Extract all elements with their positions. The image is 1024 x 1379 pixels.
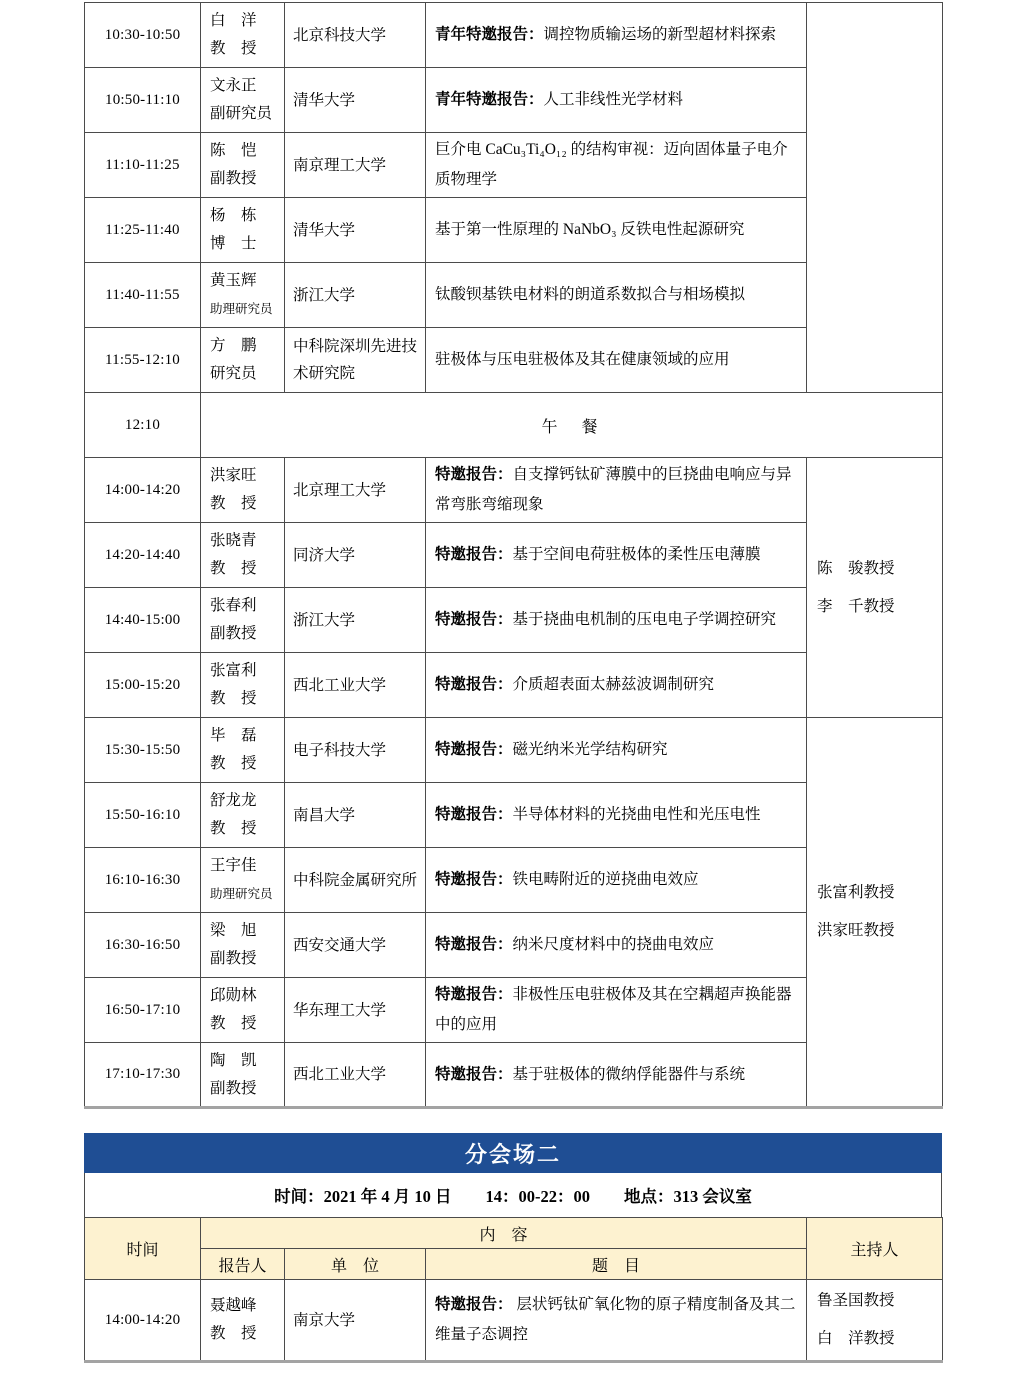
chair-name: 白 洋教授 bbox=[817, 1320, 936, 1358]
chair-cell-morning bbox=[807, 3, 943, 393]
speaker-rank: 教 授 bbox=[210, 750, 278, 778]
talk-title: 纳米尺度材料中的挠曲电效应 bbox=[513, 936, 715, 953]
talk-prefix: 特邀报告： bbox=[435, 936, 513, 953]
speaker-name: 聂越峰 bbox=[210, 1297, 257, 1314]
speaker-cell: 张春利副教授 bbox=[201, 588, 285, 653]
time-cell: 15:50-16:10 bbox=[85, 783, 201, 848]
talk-cell: 钛酸钡基铁电材料的朗道系数拟合与相场模拟 bbox=[426, 263, 807, 328]
affiliation-cell: 同济大学 bbox=[285, 523, 426, 588]
talk-title: 介质超表面太赫兹波调制研究 bbox=[513, 676, 715, 693]
header-content: 内 容 bbox=[201, 1218, 807, 1249]
lunch-row: 12:10 午 餐 bbox=[85, 393, 943, 458]
speaker-name: 舒龙龙 bbox=[210, 792, 257, 809]
speaker-rank: 助理研究员 bbox=[210, 295, 278, 323]
chair-name: 鲁圣国教授 bbox=[817, 1282, 936, 1320]
talk-prefix: 特邀报告： bbox=[435, 871, 513, 888]
session2-hours: 14：00-22：00 bbox=[486, 1183, 591, 1207]
talk-cell: 驻极体与压电驻极体及其在健康领域的应用 bbox=[426, 328, 807, 393]
talk-title: 钛酸钡基铁电材料的朗道系数拟合与相场模拟 bbox=[435, 286, 745, 303]
speaker-cell: 杨 栋博 士 bbox=[201, 198, 285, 263]
talk-cell: 特邀报告： 层状钙钛矿氧化物的原子精度制备及其二维量子态调控 bbox=[426, 1280, 807, 1362]
speaker-rank: 研究员 bbox=[210, 360, 278, 388]
speaker-rank: 副教授 bbox=[210, 945, 278, 973]
affiliation-cell: 北京科技大学 bbox=[285, 3, 426, 68]
chair-name: 李 千教授 bbox=[817, 588, 936, 626]
time-cell: 14:00-14:20 bbox=[85, 1280, 201, 1362]
chair-cell-afternoon1: 陈 骏教授 李 千教授 bbox=[807, 458, 943, 718]
speaker-cell: 毕 磊教 授 bbox=[201, 718, 285, 783]
talk-cell: 特邀报告：基于挠曲电机制的压电电子学调控研究 bbox=[426, 588, 807, 653]
time-cell: 11:25-11:40 bbox=[85, 198, 201, 263]
talk-title: 调控物质输运场的新型超材料探索 bbox=[544, 26, 777, 43]
speaker-cell: 张富利教 授 bbox=[201, 653, 285, 718]
affiliation-cell: 浙江大学 bbox=[285, 588, 426, 653]
speaker-cell: 白 洋教 授 bbox=[201, 3, 285, 68]
speaker-rank: 教 授 bbox=[210, 685, 278, 713]
affiliation-cell: 电子科技大学 bbox=[285, 718, 426, 783]
talk-cell: 青年特邀报告：调控物质输运场的新型超材料探索 bbox=[426, 3, 807, 68]
talk-cell: 巨介电 CaCu₃Ti₄O₁₂ 的结构审视：迈向固体量子电介质物理学 bbox=[426, 133, 807, 198]
table-row: 15:30-15:50 毕 磊教 授 电子科技大学 特邀报告：磁光纳米光学结构研… bbox=[85, 718, 943, 783]
talk-title: 铁电畴附近的逆挠曲电效应 bbox=[513, 871, 699, 888]
speaker-cell: 舒龙龙教 授 bbox=[201, 783, 285, 848]
header-time: 时间 bbox=[85, 1218, 201, 1280]
session1-table: 10:30-10:50 白 洋教 授 北京科技大学 青年特邀报告：调控物质输运场… bbox=[84, 2, 943, 1109]
affiliation-cell: 清华大学 bbox=[285, 68, 426, 133]
speaker-cell: 陈 恺副教授 bbox=[201, 133, 285, 198]
schedule-page: 10:30-10:50 白 洋教 授 北京科技大学 青年特邀报告：调控物质输运场… bbox=[0, 0, 1024, 1363]
talk-title: 基于挠曲电机制的压电电子学调控研究 bbox=[513, 611, 777, 628]
speaker-cell: 陶 凯副教授 bbox=[201, 1043, 285, 1108]
time-cell: 15:30-15:50 bbox=[85, 718, 201, 783]
speaker-cell: 张晓青教 授 bbox=[201, 523, 285, 588]
talk-cell: 特邀报告：半导体材料的光挠曲电性和光压电性 bbox=[426, 783, 807, 848]
talk-prefix: 青年特邀报告： bbox=[435, 91, 544, 108]
time-cell: 17:10-17:30 bbox=[85, 1043, 201, 1108]
speaker-name: 毕 磊 bbox=[210, 727, 257, 744]
talk-cell: 特邀报告：铁电畴附近的逆挠曲电效应 bbox=[426, 848, 807, 913]
speaker-name: 白 洋 bbox=[210, 12, 257, 29]
affiliation-cell: 清华大学 bbox=[285, 198, 426, 263]
speaker-cell: 邱勋林教 授 bbox=[201, 978, 285, 1043]
time-cell: 16:30-16:50 bbox=[85, 913, 201, 978]
chair-name: 洪家旺教授 bbox=[817, 912, 936, 950]
speaker-rank: 教 授 bbox=[210, 35, 278, 63]
speaker-rank: 博 士 bbox=[210, 230, 278, 258]
talk-title: 驻极体与压电驻极体及其在健康领域的应用 bbox=[435, 351, 730, 368]
talk-title: 基于驻极体的微纳俘能器件与系统 bbox=[513, 1066, 746, 1083]
speaker-cell: 王宇佳助理研究员 bbox=[201, 848, 285, 913]
time-cell: 14:40-15:00 bbox=[85, 588, 201, 653]
time-cell: 14:20-14:40 bbox=[85, 523, 201, 588]
affiliation-cell: 华东理工大学 bbox=[285, 978, 426, 1043]
affiliation-cell: 西北工业大学 bbox=[285, 653, 426, 718]
speaker-name: 张晓青 bbox=[210, 532, 257, 549]
talk-cell: 特邀报告：自支撑钙钛矿薄膜中的巨挠曲电响应与异常弯胀弯缩现象 bbox=[426, 458, 807, 523]
speaker-cell: 文永正副研究员 bbox=[201, 68, 285, 133]
header-speaker: 报告人 bbox=[201, 1249, 285, 1280]
talk-cell: 特邀报告：介质超表面太赫兹波调制研究 bbox=[426, 653, 807, 718]
time-cell: 16:50-17:10 bbox=[85, 978, 201, 1043]
speaker-name: 邱勋林 bbox=[210, 987, 257, 1004]
affiliation-cell: 浙江大学 bbox=[285, 263, 426, 328]
header-title: 题 目 bbox=[426, 1249, 807, 1280]
table-row: 14:00-14:20 洪家旺教 授 北京理工大学 特邀报告：自支撑钙钛矿薄膜中… bbox=[85, 458, 943, 523]
talk-cell: 青年特邀报告：人工非线性光学材料 bbox=[426, 68, 807, 133]
speaker-rank: 副教授 bbox=[210, 620, 278, 648]
talk-cell: 特邀报告：纳米尺度材料中的挠曲电效应 bbox=[426, 913, 807, 978]
time-cell: 11:40-11:55 bbox=[85, 263, 201, 328]
speaker-cell: 方 鹏研究员 bbox=[201, 328, 285, 393]
talk-prefix: 特邀报告： bbox=[435, 1296, 513, 1313]
talk-title: 人工非线性光学材料 bbox=[544, 91, 684, 108]
talk-title: 磁光纳米光学结构研究 bbox=[513, 741, 668, 758]
talk-cell: 特邀报告：磁光纳米光学结构研究 bbox=[426, 718, 807, 783]
time-cell: 15:00-15:20 bbox=[85, 653, 201, 718]
speaker-rank: 副教授 bbox=[210, 1075, 278, 1103]
speaker-name: 洪家旺 bbox=[210, 467, 257, 484]
speaker-name: 陈 恺 bbox=[210, 142, 257, 159]
talk-title: 半导体材料的光挠曲电性和光压电性 bbox=[513, 806, 761, 823]
header-chair: 主持人 bbox=[807, 1218, 943, 1280]
chair-cell: 鲁圣国教授 白 洋教授 bbox=[807, 1280, 943, 1362]
lunch-cell: 午 餐 bbox=[201, 393, 943, 458]
speaker-cell: 梁 旭副教授 bbox=[201, 913, 285, 978]
speaker-rank: 教 授 bbox=[210, 490, 278, 518]
affiliation-cell: 西安交通大学 bbox=[285, 913, 426, 978]
time-cell: 10:50-11:10 bbox=[85, 68, 201, 133]
time-cell: 16:10-16:30 bbox=[85, 848, 201, 913]
speaker-name: 张富利 bbox=[210, 662, 257, 679]
speaker-name: 梁 旭 bbox=[210, 922, 257, 939]
session2-table: 时间 内 容 主持人 报告人 单 位 题 目 14:00-14:20 聂越峰教 … bbox=[84, 1217, 943, 1363]
talk-cell: 特邀报告：基于空间电荷驻极体的柔性压电薄膜 bbox=[426, 523, 807, 588]
speaker-rank: 教 授 bbox=[210, 555, 278, 583]
time-cell: 10:30-10:50 bbox=[85, 3, 201, 68]
affiliation-cell: 南昌大学 bbox=[285, 783, 426, 848]
affiliation-cell: 中科院金属研究所 bbox=[285, 848, 426, 913]
speaker-cell: 洪家旺教 授 bbox=[201, 458, 285, 523]
chair-name: 陈 骏教授 bbox=[817, 550, 936, 588]
session2-banner: 分会场二 bbox=[84, 1133, 942, 1173]
talk-prefix: 青年特邀报告： bbox=[435, 26, 544, 43]
talk-title: 基于空间电荷驻极体的柔性压电薄膜 bbox=[513, 546, 761, 563]
talk-title: 基于第一性原理的 NaNbO₃ 反铁电性起源研究 bbox=[435, 221, 744, 238]
session2-info-row: 时间：2021 年 4 月 10 日 14：00-22：00 地点：313 会议… bbox=[84, 1173, 942, 1218]
speaker-name: 陶 凯 bbox=[210, 1052, 257, 1069]
session2-date: 时间：2021 年 4 月 10 日 bbox=[274, 1183, 451, 1207]
speaker-rank: 教 授 bbox=[210, 1010, 278, 1038]
speaker-name: 文永正 bbox=[210, 77, 257, 94]
header-row-1: 时间 内 容 主持人 bbox=[85, 1218, 943, 1249]
header-affiliation: 单 位 bbox=[285, 1249, 426, 1280]
talk-prefix: 特邀报告： bbox=[435, 676, 513, 693]
table-row: 10:30-10:50 白 洋教 授 北京科技大学 青年特邀报告：调控物质输运场… bbox=[85, 3, 943, 68]
affiliation-cell: 南京大学 bbox=[285, 1280, 426, 1362]
time-cell: 11:10-11:25 bbox=[85, 133, 201, 198]
time-cell: 12:10 bbox=[85, 393, 201, 458]
speaker-rank: 副研究员 bbox=[210, 100, 278, 128]
chair-name: 张富利教授 bbox=[817, 874, 936, 912]
speaker-name: 方 鹏 bbox=[210, 337, 257, 354]
affiliation-cell: 西北工业大学 bbox=[285, 1043, 426, 1108]
speaker-rank: 教 授 bbox=[210, 1320, 278, 1348]
chair-cell-afternoon2: 张富利教授 洪家旺教授 bbox=[807, 718, 943, 1108]
affiliation-cell: 南京理工大学 bbox=[285, 133, 426, 198]
talk-prefix: 特邀报告： bbox=[435, 546, 513, 563]
talk-cell: 特邀报告：基于驻极体的微纳俘能器件与系统 bbox=[426, 1043, 807, 1108]
talk-prefix: 特邀报告： bbox=[435, 1066, 513, 1083]
speaker-cell: 黄玉辉助理研究员 bbox=[201, 263, 285, 328]
talk-prefix: 特邀报告： bbox=[435, 611, 513, 628]
speaker-rank: 助理研究员 bbox=[210, 880, 278, 908]
talk-prefix: 特邀报告： bbox=[435, 466, 513, 483]
affiliation-cell: 北京理工大学 bbox=[285, 458, 426, 523]
talk-cell: 特邀报告：非极性压电驻极体及其在空耦超声换能器中的应用 bbox=[426, 978, 807, 1043]
speaker-name: 张春利 bbox=[210, 597, 257, 614]
affiliation-cell: 中科院深圳先进技术研究院 bbox=[285, 328, 426, 393]
speaker-rank: 副教授 bbox=[210, 165, 278, 193]
time-cell: 11:55-12:10 bbox=[85, 328, 201, 393]
time-cell: 14:00-14:20 bbox=[85, 458, 201, 523]
speaker-cell: 聂越峰教 授 bbox=[201, 1280, 285, 1362]
speaker-name: 黄玉辉 bbox=[210, 272, 257, 289]
talk-prefix: 特邀报告： bbox=[435, 806, 513, 823]
table-row: 14:00-14:20 聂越峰教 授 南京大学 特邀报告： 层状钙钛矿氧化物的原… bbox=[85, 1280, 943, 1362]
talk-prefix: 特邀报告： bbox=[435, 741, 513, 758]
speaker-rank: 教 授 bbox=[210, 815, 278, 843]
session2-venue: 地点：313 会议室 bbox=[624, 1183, 752, 1207]
speaker-name: 杨 栋 bbox=[210, 207, 257, 224]
talk-cell: 基于第一性原理的 NaNbO₃ 反铁电性起源研究 bbox=[426, 198, 807, 263]
speaker-name: 王宇佳 bbox=[210, 857, 257, 874]
talk-title: 巨介电 CaCu₃Ti₄O₁₂ 的结构审视：迈向固体量子电介质物理学 bbox=[435, 141, 788, 188]
talk-prefix: 特邀报告： bbox=[435, 986, 513, 1003]
